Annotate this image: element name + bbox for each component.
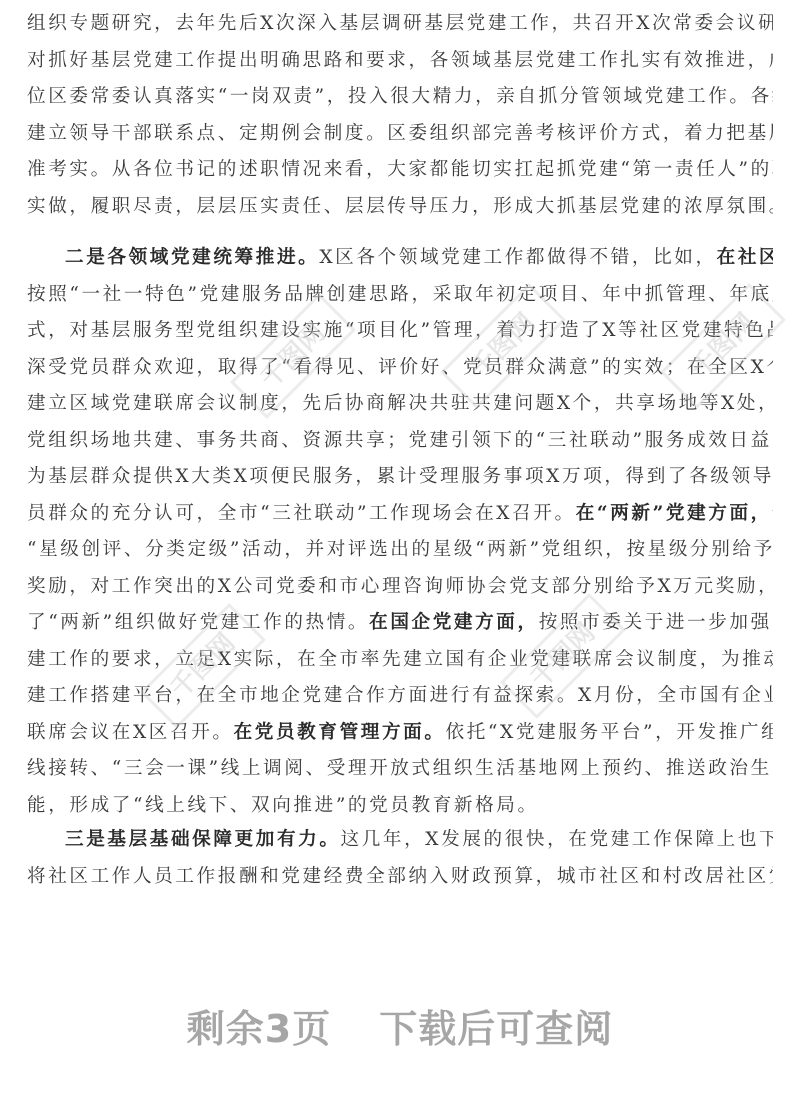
body-text: 位区委常委认真落实“一岗双责”，投入很大精力，亲自抓分管领域党建工作。各级党委普…	[27, 86, 773, 107]
text-line: 建工作搭建平台，在全市地企党建合作方面进行有益探索。X月份，全市国有企业党建第一…	[27, 678, 773, 715]
text-line: 二是各领域党建统筹推进。X区各个领域党建工作都做得不错，比如，在社区党建方面，	[27, 240, 773, 277]
bold-heading-text: 在社区党建方面，	[717, 247, 773, 268]
text-line: 为基层群众提供X大类X项便民服务，累计受理服务事项X万项，得到了各级领导的肯定和…	[27, 459, 773, 496]
text-line: 准考实。从各位书记的述职情况来看，大家都能切实扛起抓党建“第一责任人”的职责，真…	[27, 152, 773, 189]
body-text: 为基层群众提供X大类X项便民服务，累计受理服务事项X万项，得到了各级领导的肯定和…	[27, 466, 773, 487]
text-line: 联席会议在X区召开。在党员教育管理方面。依托“X党建服务平台”，开发推广组织关系…	[27, 715, 773, 752]
paragraph-1: 组织专题研究，去年先后X次深入基层调研基层党建工作，共召开X次常委会议研究党建工…	[27, 6, 773, 225]
body-text: 准考实。从各位书记的述职情况来看，大家都能切实扛起抓党建“第一责任人”的职责，真…	[27, 159, 773, 180]
text-line: 将社区工作人员工作报酬和党建经费全部纳入财政预算，城市社区和村改居社区党组织书记…	[27, 859, 773, 896]
document-page: 组织专题研究，去年先后X次深入基层调研基层党建工作，共召开X次常委会议研究党建工…	[0, 0, 800, 1103]
text-line: 线接转、“三会一课”线上调阅、受理开放式组织生活基地网上预约、推送政治生日短信等…	[27, 751, 773, 788]
body-text: 按照市委关于进一步加强国有企业党	[539, 612, 773, 633]
text-line: 建立区域党建联席会议制度，先后协商解决共驻共建问题X个，共享场地等X处，实现了基…	[27, 386, 773, 423]
body-text: 党组织场地共建、事务共商、资源共享；党建引领下的“三社联动”服务成效日益凸显，能…	[27, 430, 773, 451]
text-line: 组织专题研究，去年先后X次深入基层调研基层党建工作，共召开X次常委会议研究党建工…	[27, 6, 773, 43]
text-line: 式，对基层服务型党组织建设实施“项目化”管理，着力打造了X等社区党建特色品牌X余…	[27, 313, 773, 350]
text-line: 能，形成了“线上线下、双向推进”的党员教育新格局。	[27, 788, 773, 825]
body-text: 将社区工作人员工作报酬和党建经费全部纳入财政预算，城市社区和村改居社区党组织书记…	[27, 866, 773, 887]
body-text: 建立区域党建联席会议制度，先后协商解决共驻共建问题X个，共享场地等X处，实现了基…	[27, 393, 773, 414]
text-line: 建立领导干部联系点、定期例会制度。区委组织部完善考核评价方式，着力把基层党建责任…	[27, 116, 773, 153]
text-line: 党组织场地共建、事务共商、资源共享；党建引领下的“三社联动”服务成效日益凸显，能…	[27, 423, 773, 460]
text-line: 建工作的要求，立足X实际，在全市率先建立国有企业党建联席会议制度，为推动国有企业…	[27, 642, 773, 679]
bold-heading-text: 在党员教育管理方面。	[234, 722, 446, 743]
text-line: 深受党员群众欢迎，取得了“看得见、评价好、党员群众满意”的实效；在全区X个社区全…	[27, 350, 773, 387]
body-text: 建工作的要求，立足X实际，在全市率先建立国有企业党建联席会议制度，为推动国有企业…	[27, 649, 773, 670]
body-text: 线接转、“三会一课”线上调阅、受理开放式组织生活基地网上预约、推送政治生日短信等…	[27, 758, 773, 779]
text-line: “星级创评、分类定级”活动，并对评选出的星级“两新”党组织，按星级分别给予党建经…	[27, 532, 773, 569]
body-text: 实做，履职尽责，层层压实责任、层层传导压力，形成大抓基层党建的浓厚氛围。	[27, 196, 773, 217]
body-text: 员群众的充分认可，全市“三社联动”工作现场会在X召开。	[27, 503, 576, 524]
bold-heading-text: 在国企党建方面，	[369, 612, 539, 633]
bold-heading-text: 二是各领域党建统筹推进。	[65, 247, 319, 268]
paragraph-2: 二是各领域党建统筹推进。X区各个领域党建工作都做得不错，比如，在社区党建方面， …	[27, 240, 773, 824]
download-to-view-label: 下载后可查阅	[379, 998, 613, 1053]
text-line: 员群众的充分认可，全市“三社联动”工作现场会在X召开。在“两新”党建方面，创新开…	[27, 496, 773, 533]
body-text: 能，形成了“线上线下、双向推进”的党员教育新格局。	[27, 795, 539, 816]
bold-heading-text: 三是基层基础保障更加有力。	[65, 829, 341, 850]
text-line: 按照“一社一特色”党建服务品牌创建思路，采取年初定项目、年中抓管理、年底严考核的…	[27, 277, 773, 314]
body-text: 联席会议在X区召开。	[27, 722, 234, 743]
body-text: 建立领导干部联系点、定期例会制度。区委组织部完善考核评价方式，着力把基层党建责任…	[27, 123, 773, 144]
body-text: 建工作搭建平台，在全市地企党建合作方面进行有益探索。X月份，全市国有企业党建第一…	[27, 685, 773, 706]
body-text: 了“两新”组织做好党建工作的热情。	[27, 612, 369, 633]
remaining-pages-label: 剩余3页	[187, 998, 331, 1053]
body-text: 组织专题研究，去年先后X次深入基层调研基层党建工作，共召开X次常委会议研究党建工…	[27, 13, 773, 34]
bold-heading-text: 在“两新”党建方面，	[576, 503, 772, 524]
paragraph-3: 三是基层基础保障更加有力。这几年，X发展的很快，在党建工作保障上也下了不少功夫，…	[27, 822, 773, 895]
body-text: X区各个领域党建工作都做得不错，比如，	[319, 247, 716, 268]
text-line: 了“两新”组织做好党建工作的热情。在国企党建方面，按照市委关于进一步加强国有企业…	[27, 605, 773, 642]
text-line: 奖励，对工作突出的X公司党委和市心理咨询师协会党支部分别给予X万元奖励，进一步激…	[27, 569, 773, 606]
text-line: 三是基层基础保障更加有力。这几年，X发展的很快，在党建工作保障上也下了不少功夫，	[27, 822, 773, 859]
body-text: 式，对基层服务型党组织建设实施“项目化”管理，着力打造了X等社区党建特色品牌X余…	[27, 320, 773, 341]
body-text: 奖励，对工作突出的X公司党委和市心理咨询师协会党支部分别给予X万元奖励，进一步激…	[27, 576, 773, 597]
remaining-pages-notice[interactable]: 剩余3页下载后可查阅	[0, 998, 800, 1053]
text-line: 实做，履职尽责，层层压实责任、层层传导压力，形成大抓基层党建的浓厚氛围。	[27, 189, 773, 226]
body-text: 对抓好基层党建工作提出明确思路和要求，各领域基层党建工作扎实有效推进，成效明显。…	[27, 50, 773, 71]
body-text: 这几年，X发展的很快，在党建工作保障上也下了不少功夫，	[341, 829, 773, 850]
body-text: 创新开展	[772, 503, 773, 524]
body-text: 依托“X党建服务平台”，开发推广组织关系在	[446, 722, 773, 743]
body-text: 按照“一社一特色”党建服务品牌创建思路，采取年初定项目、年中抓管理、年底严考核的…	[27, 284, 773, 305]
body-text: 深受党员群众欢迎，取得了“看得见、评价好、党员群众满意”的实效；在全区X个社区全…	[27, 357, 773, 378]
text-line: 位区委常委认真落实“一岗双责”，投入很大精力，亲自抓分管领域党建工作。各级党委普…	[27, 79, 773, 116]
text-line: 对抓好基层党建工作提出明确思路和要求，各领域基层党建工作扎实有效推进，成效明显。…	[27, 43, 773, 80]
body-text: “星级创评、分类定级”活动，并对评选出的星级“两新”党组织，按星级分别给予党建经…	[27, 539, 773, 560]
